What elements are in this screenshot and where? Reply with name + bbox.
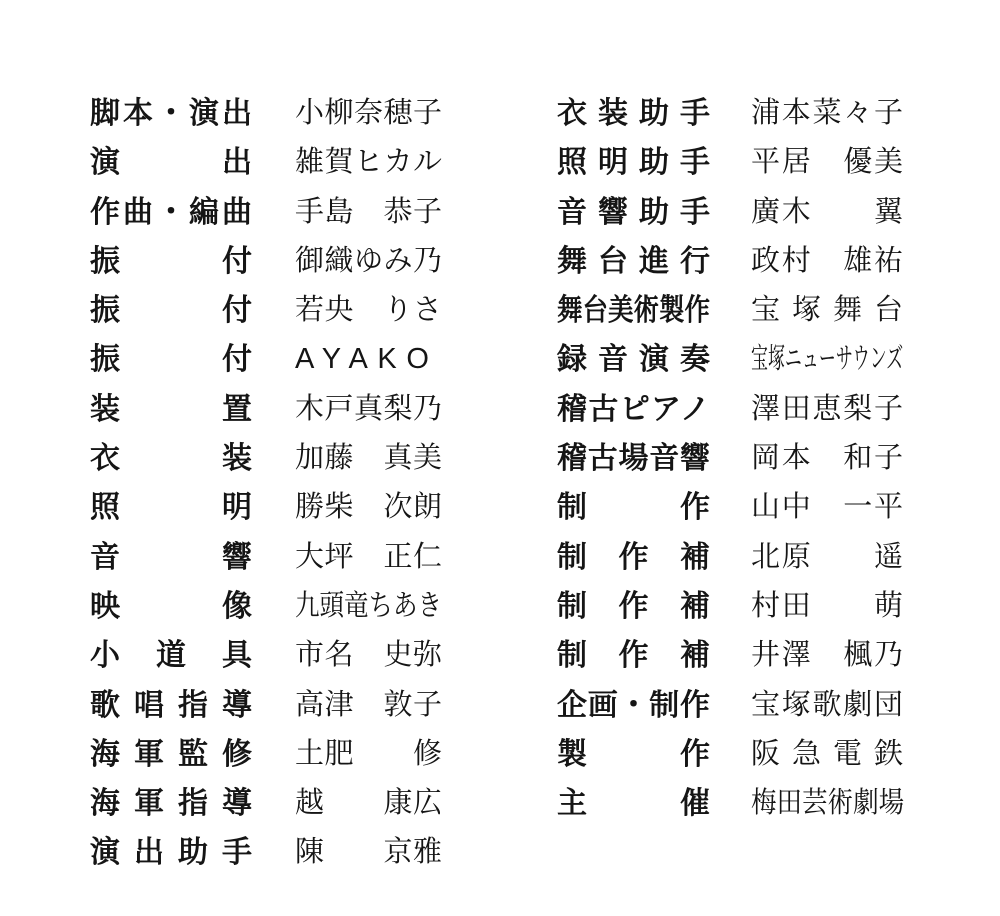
name-label: 浦本菜々子 xyxy=(751,89,903,138)
name-label: 政村 雄祐 xyxy=(751,237,903,286)
role-label: 照明 xyxy=(90,483,252,532)
credits-column-right: 衣装助手浦本菜々子照明助手平居 優美音響助手廣木 翼舞台進行政村 雄祐舞台美術製… xyxy=(557,89,903,828)
role-label: 振付 xyxy=(90,237,252,286)
credit-row: 歌唱指導高津 敦子 xyxy=(90,681,442,730)
name-label: 宝塚ニューサウンズ xyxy=(751,335,840,384)
credit-row: 作曲・編曲手島 恭子 xyxy=(90,188,442,237)
role-label: 演出助手 xyxy=(90,828,252,877)
role-label: 振付 xyxy=(90,335,252,384)
credit-row: 海軍指導越 康広 xyxy=(90,779,442,828)
role-label: 衣装助手 xyxy=(557,89,710,138)
role-label: 制作補 xyxy=(557,533,710,582)
role-label: 小道具 xyxy=(90,631,252,680)
credit-row: 振付若央 りさ xyxy=(90,286,442,335)
credits-column-left: 脚本・演出小柳奈穂子演出雑賀ヒカル作曲・編曲手島 恭子振付御織ゆみ乃振付若央 り… xyxy=(90,89,442,878)
credit-row: 演出雑賀ヒカル xyxy=(90,138,442,187)
role-label: 海軍指導 xyxy=(90,779,252,828)
credit-row: 稽古ピアノ澤田恵梨子 xyxy=(557,385,903,434)
credit-row: 照明勝柴 次朗 xyxy=(90,483,442,532)
credit-row: 稽古場音響岡本 和子 xyxy=(557,434,903,483)
name-label: 勝柴 次朗 xyxy=(295,483,442,532)
name-label: 手島 恭子 xyxy=(295,188,442,237)
credit-row: 舞台進行政村 雄祐 xyxy=(557,237,903,286)
name-label: 山中 一平 xyxy=(751,483,903,532)
credit-row: 音響大坪 正仁 xyxy=(90,533,442,582)
credit-row: 映像九頭竜ちあき xyxy=(90,582,442,631)
credit-row: 制作補村田 萌 xyxy=(557,582,903,631)
name-label: 越 康広 xyxy=(295,779,442,828)
credit-row: 振付御織ゆみ乃 xyxy=(90,237,442,286)
name-label: 九頭竜ちあき xyxy=(295,582,419,631)
role-label: 稽古場音響 xyxy=(557,434,710,483)
name-label: 廣木 翼 xyxy=(751,188,903,237)
name-label: 宝塚歌劇団 xyxy=(751,681,903,730)
role-label: 演出 xyxy=(90,138,252,187)
credit-row: 舞台美術製作宝塚舞台 xyxy=(557,286,903,335)
credit-row: 主催梅田芸術劇場 xyxy=(557,779,903,828)
name-label: 高津 敦子 xyxy=(295,681,442,730)
role-label: 稽古ピアノ xyxy=(557,385,710,434)
name-label: 平居 優美 xyxy=(751,138,903,187)
role-label: 制作補 xyxy=(557,631,710,680)
name-label: 阪急電鉄 xyxy=(751,730,903,779)
role-label: 音響 xyxy=(90,533,252,582)
role-label: 製作 xyxy=(557,730,710,779)
name-label: AYAKO xyxy=(295,335,442,384)
credit-row: 音響助手廣木 翼 xyxy=(557,188,903,237)
role-label: 企画・制作 xyxy=(557,681,710,730)
role-label: 脚本・演出 xyxy=(90,89,252,138)
credit-row: 海軍監修土肥 修 xyxy=(90,730,442,779)
credit-row: 脚本・演出小柳奈穂子 xyxy=(90,89,442,138)
name-label: 岡本 和子 xyxy=(751,434,903,483)
credit-row: 小道具市名 史弥 xyxy=(90,631,442,680)
role-label: 制作補 xyxy=(557,582,710,631)
name-label: 村田 萌 xyxy=(751,582,903,631)
name-label: 御織ゆみ乃 xyxy=(295,237,442,286)
role-label: 海軍監修 xyxy=(90,730,252,779)
role-label: 映像 xyxy=(90,582,252,631)
role-label: 振付 xyxy=(90,286,252,335)
name-label: 大坪 正仁 xyxy=(295,533,442,582)
name-label: 北原 遥 xyxy=(751,533,903,582)
credit-row: 衣装加藤 真美 xyxy=(90,434,442,483)
role-label: 主催 xyxy=(557,779,710,828)
credit-row: 振付AYAKO xyxy=(90,335,442,384)
name-label: 井澤 楓乃 xyxy=(751,631,903,680)
name-label: 小柳奈穂子 xyxy=(295,89,442,138)
credit-row: 企画・制作宝塚歌劇団 xyxy=(557,681,903,730)
name-label: 梅田芸術劇場 xyxy=(751,779,885,828)
role-label: 録音演奏 xyxy=(557,335,710,384)
credit-row: 装置木戸真梨乃 xyxy=(90,385,442,434)
role-label: 作曲・編曲 xyxy=(90,188,252,237)
role-label: 制作 xyxy=(557,483,710,532)
name-label: 土肥 修 xyxy=(295,730,442,779)
role-label: 舞台美術製作 xyxy=(557,286,687,335)
credit-row: 衣装助手浦本菜々子 xyxy=(557,89,903,138)
credit-row: 録音演奏宝塚ニューサウンズ xyxy=(557,335,903,384)
name-label: 木戸真梨乃 xyxy=(295,385,442,434)
role-label: 装置 xyxy=(90,385,252,434)
name-label: 宝塚舞台 xyxy=(751,286,903,335)
role-label: 歌唱指導 xyxy=(90,681,252,730)
credit-row: 演出助手陳 京雅 xyxy=(90,828,442,877)
name-label: 若央 りさ xyxy=(295,286,442,335)
role-label: 音響助手 xyxy=(557,188,710,237)
role-label: 衣装 xyxy=(90,434,252,483)
role-label: 舞台進行 xyxy=(557,237,710,286)
name-label: 雑賀ヒカル xyxy=(295,138,442,187)
role-label: 照明助手 xyxy=(557,138,710,187)
name-label: 澤田恵梨子 xyxy=(751,385,903,434)
credit-row: 制作補北原 遥 xyxy=(557,533,903,582)
name-label: 加藤 真美 xyxy=(295,434,442,483)
credit-row: 製作阪急電鉄 xyxy=(557,730,903,779)
credit-row: 制作山中 一平 xyxy=(557,483,903,532)
name-label: 陳 京雅 xyxy=(295,828,442,877)
credit-row: 制作補井澤 楓乃 xyxy=(557,631,903,680)
credits-page: 脚本・演出小柳奈穂子演出雑賀ヒカル作曲・編曲手島 恭子振付御織ゆみ乃振付若央 り… xyxy=(0,0,1000,916)
name-label: 市名 史弥 xyxy=(295,631,442,680)
credit-row: 照明助手平居 優美 xyxy=(557,138,903,187)
